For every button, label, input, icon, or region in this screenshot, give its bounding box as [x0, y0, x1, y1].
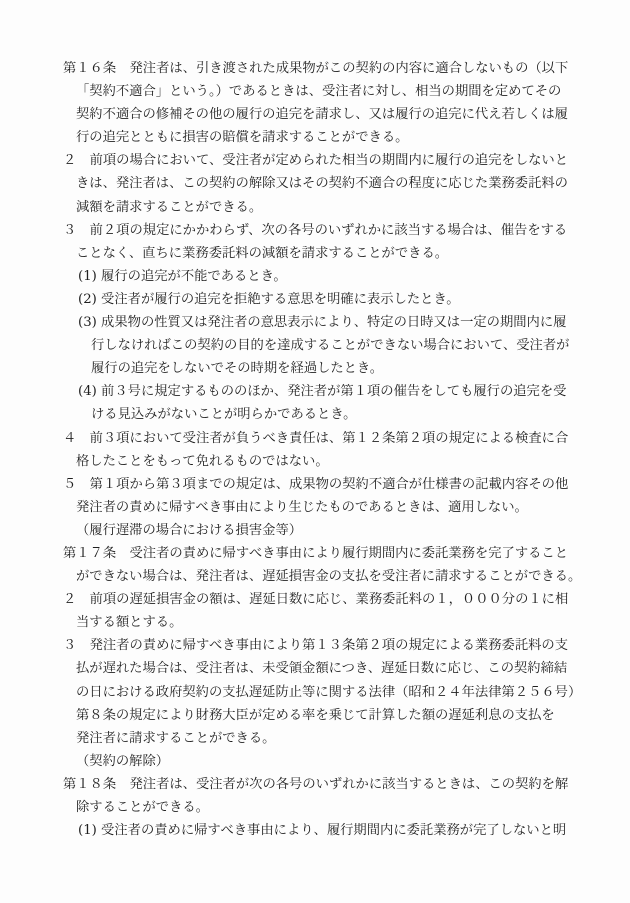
- text-line: 当する額とする。: [76, 611, 583, 634]
- text-line: 格したことをもって免れるものではない。: [76, 450, 583, 473]
- text-line: ３ 発注者の責めに帰すべき事由により第１３条第２項の規定による業務委託料の支: [63, 634, 583, 657]
- text-line: ことなく、直ちに業務委託料の減額を請求することができる。: [76, 242, 583, 265]
- text-line: ２ 前項の場合において、受注者が定められた相当の期間内に履行の追完をしないと: [63, 149, 583, 172]
- text-line: （契約の解除）: [76, 750, 583, 773]
- text-line: 第１７条 受注者の責めに帰すべき事由により履行期間内に委託業務を完了すること: [63, 542, 583, 565]
- text-line: 履行の追完をしないでその時期を経過したとき。: [91, 357, 583, 380]
- text-line: 払が遅れた場合は、受注者は、未受領金額につき、遅延日数に応じ、この契約締結: [76, 657, 583, 680]
- text-line: ３ 前２項の規定にかかわらず、次の各号のいずれかに該当する場合は、催告をする: [63, 219, 583, 242]
- text-line: (4) 前３号に規定するもののほか、発注者が第１項の催告をしても履行の追完を受: [78, 380, 583, 403]
- text-line: きは、発注者は、この契約の解除又はその契約不適合の程度に応じた業務委託料の: [76, 172, 583, 195]
- text-line: 行の追完とともに損害の賠償を請求することができる。: [76, 126, 583, 149]
- text-line: 除することができる。: [76, 796, 583, 819]
- text-line: 行しなければこの契約の目的を達成することができない場合において、受注者が: [91, 334, 583, 357]
- text-line: 第１８条 発注者は、受注者が次の各号のいずれかに該当するときは、この契約を解: [63, 773, 583, 796]
- text-line: ができない場合は、発注者は、遅延損害金の支払を受注者に請求することができる。: [76, 565, 583, 588]
- text-line: 第８条の規定により財務大臣が定める率を乗じて計算した額の遅延利息の支払を: [76, 704, 583, 727]
- text-line: (1) 履行の追完が不能であるとき。: [78, 265, 583, 288]
- text-line: の日における政府契約の支払遅延防止等に関する法律（昭和２４年法律第２５６号）: [76, 681, 583, 704]
- contract-page: 第１６条 発注者は、引き渡された成果物がこの契約の内容に適合しないもの（以下「契…: [0, 0, 630, 903]
- text-line: ける見込みがないことが明らかであるとき。: [91, 403, 583, 426]
- text-line: ４ 前３項において受注者が負うべき責任は、第１２条第２項の規定による検査に合: [63, 427, 583, 450]
- text-line: (3) 成果物の性質又は発注者の意思表示により、特定の日時又は一定の期間内に履: [78, 311, 583, 334]
- text-line: ２ 前項の遅延損害金の額は、遅延日数に応じ、業務委託料の１，０００分の１に相: [63, 588, 583, 611]
- text-line: 発注者に請求することができる。: [76, 727, 583, 750]
- text-line: (2) 受注者が履行の追完を拒絶する意思を明確に表示したとき。: [78, 288, 583, 311]
- contract-body: 第１６条 発注者は、引き渡された成果物がこの契約の内容に適合しないもの（以下「契…: [63, 57, 583, 842]
- text-line: 契約不適合の修補その他の履行の追完を請求し、又は履行の追完に代え若しくは履: [76, 103, 583, 126]
- text-line: ５ 第１項から第３項までの規定は、成果物の契約不適合が仕様書の記載内容その他: [63, 473, 583, 496]
- text-line: 発注者の責めに帰すべき事由により生じたものであるときは、適用しない。: [76, 496, 583, 519]
- text-line: （履行遅滞の場合における損害金等）: [76, 519, 583, 542]
- text-line: (1) 受注者の責めに帰すべき事由により、履行期間内に委託業務が完了しないと明: [78, 819, 583, 842]
- text-line: 第１６条 発注者は、引き渡された成果物がこの契約の内容に適合しないもの（以下: [63, 57, 583, 80]
- text-line: 減額を請求することができる。: [76, 196, 583, 219]
- text-line: 「契約不適合」という。）であるときは、受注者に対し、相当の期間を定めてその: [76, 80, 583, 103]
